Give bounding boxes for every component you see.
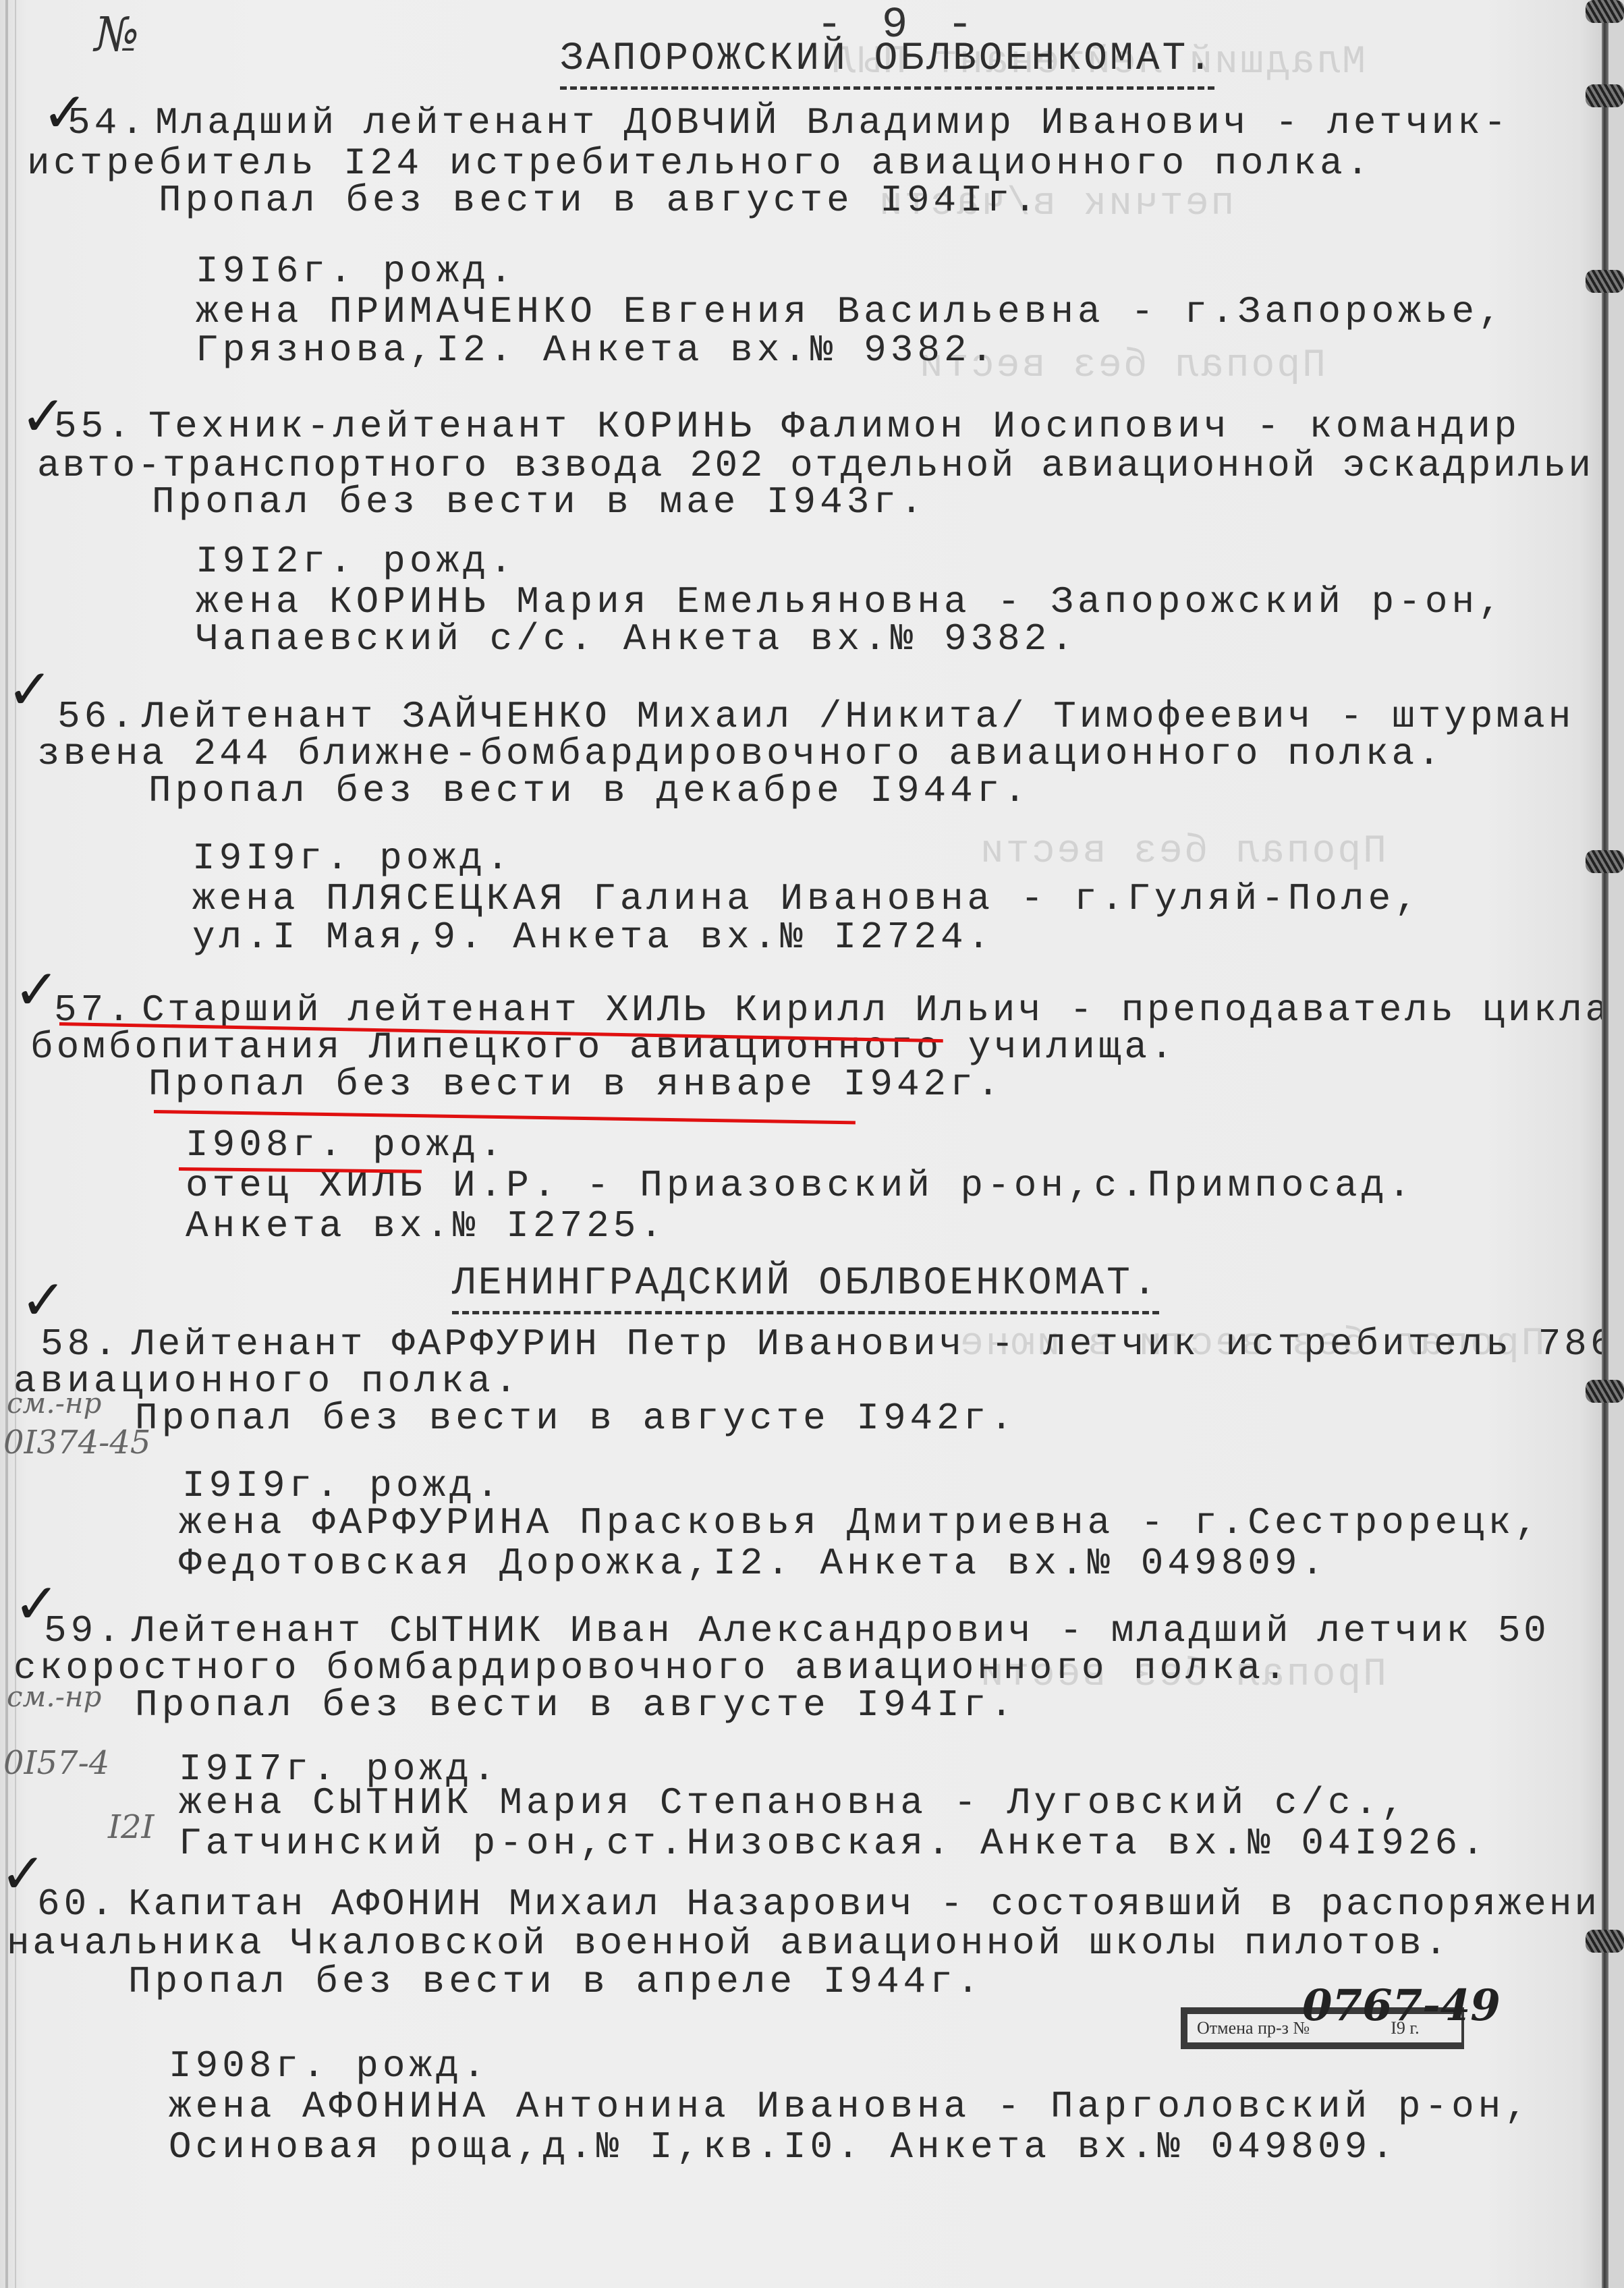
binding-thread <box>1586 84 1624 107</box>
binding-thread <box>1586 270 1624 293</box>
birth-year: I9I9г. рожд. <box>192 837 513 880</box>
relative-line: Чапаевский с/с. Анкета вх.№ 9382. <box>196 617 1077 661</box>
relative-line: ул.I Мая,9. Анкета вх.№ I2724. <box>192 916 994 959</box>
section-title-leningrad: ЛЕНИНГРАДСКИЙ ОБЛВОЕНКОМАТ. <box>452 1262 1159 1306</box>
relative-line: жена ФАРФУРИНА Прасковья Дмитриевна - г.… <box>179 1501 1542 1544</box>
entry-line: Пропал без вести в августе I94Iг. <box>159 179 1040 222</box>
section-title-zaporozhye: ЗАПОРОЖСКИЙ ОБЛВОЕНКОМАТ. <box>560 37 1214 81</box>
birth-year: I908г. рожд. <box>186 1123 506 1167</box>
birth-year: I908г. рожд. <box>169 2044 489 2088</box>
relative-line: Анкета вх.№ I2725. <box>186 1204 667 1248</box>
checkmark-icon: ✓ <box>13 958 60 1022</box>
entry-line: начальника Чкаловской военной авиационно… <box>7 1922 1451 1965</box>
margin-note: см.-нр <box>7 1680 101 1713</box>
entry-line: Младший лейтенант ДОВЧИЙ Владимир Иванов… <box>155 101 1509 144</box>
entry-number: 60. <box>37 1882 117 1926</box>
entry-number: 54. <box>67 101 148 144</box>
stamp-label: Отмена пр-з № <box>1197 2018 1310 2038</box>
entry-line: Пропал без вести в январе I942г. <box>148 1063 1003 1106</box>
relative-line: Грязнова,I2. Анкета вх.№ 9382. <box>196 329 997 372</box>
binding-thread <box>1586 850 1624 873</box>
relative-line: Гатчинский р-он,ст.Низовская. Анкета вх.… <box>179 1822 1488 1865</box>
entry-line: Пропал без вести в мае I943г. <box>152 480 927 524</box>
binding-thread <box>1586 1380 1624 1403</box>
entry-line: Пропал без вести в апреле I944г. <box>128 1960 983 2003</box>
relative-line: жена АФОНИНА Антонина Ивановна - Парголо… <box>169 2085 1532 2128</box>
checkmark-icon: ✓ <box>7 658 53 722</box>
corner-handwritten-mark: № <box>94 7 139 62</box>
entry-line: Пропал без вести в декабре I944г. <box>148 769 1030 812</box>
entry-line: Пропал без вести в августе I94Iг. <box>135 1683 1017 1727</box>
relative-line: жена ПРИМАЧЕНКО Евгения Васильевна - г.З… <box>196 290 1505 333</box>
relative-line: Осиновая роща,д.№ I,кв.I0. Анкета вх.№ 0… <box>169 2125 1398 2169</box>
birth-year: I9I2г. рожд. <box>196 540 516 583</box>
margin-note: I2I <box>108 1808 154 1846</box>
entry-line: Капитан АФОНИН Михаил Назарович - состоя… <box>128 1882 1624 1926</box>
margin-note: 0I374-45 <box>3 1424 150 1461</box>
relative-line: жена СЫТНИК Мария Степановна - Луговский… <box>179 1781 1408 1824</box>
entry-number: 55. <box>54 405 134 448</box>
bleed-through-text: Пропал без вести <box>978 830 1387 874</box>
relative-line: Федотовская Дорожка,I2. Анкета вх.№ 0498… <box>179 1542 1328 1585</box>
stamp-handwritten-number: 0767-49 <box>1302 1980 1501 2031</box>
margin-note: см.-нр <box>7 1387 101 1420</box>
document-page: Младший лейтенант ПЫЛ петчик в/части Про… <box>0 0 1606 2288</box>
entry-line: Техник-лейтенант КОРИНЬ Фалимон Иосипови… <box>148 405 1520 448</box>
red-underline <box>154 1110 856 1124</box>
entry-line: Пропал без вести в августе I942г. <box>135 1397 1017 1440</box>
margin-note: 0I57-4 <box>3 1744 109 1782</box>
relative-line: жена ПЛЯСЕЦКАЯ Галина Ивановна - г.Гуляй… <box>192 877 1422 920</box>
binding-thread <box>1586 1930 1624 1953</box>
binding-thread <box>1586 0 1624 23</box>
birth-year: I9I6г. рожд. <box>196 250 516 293</box>
